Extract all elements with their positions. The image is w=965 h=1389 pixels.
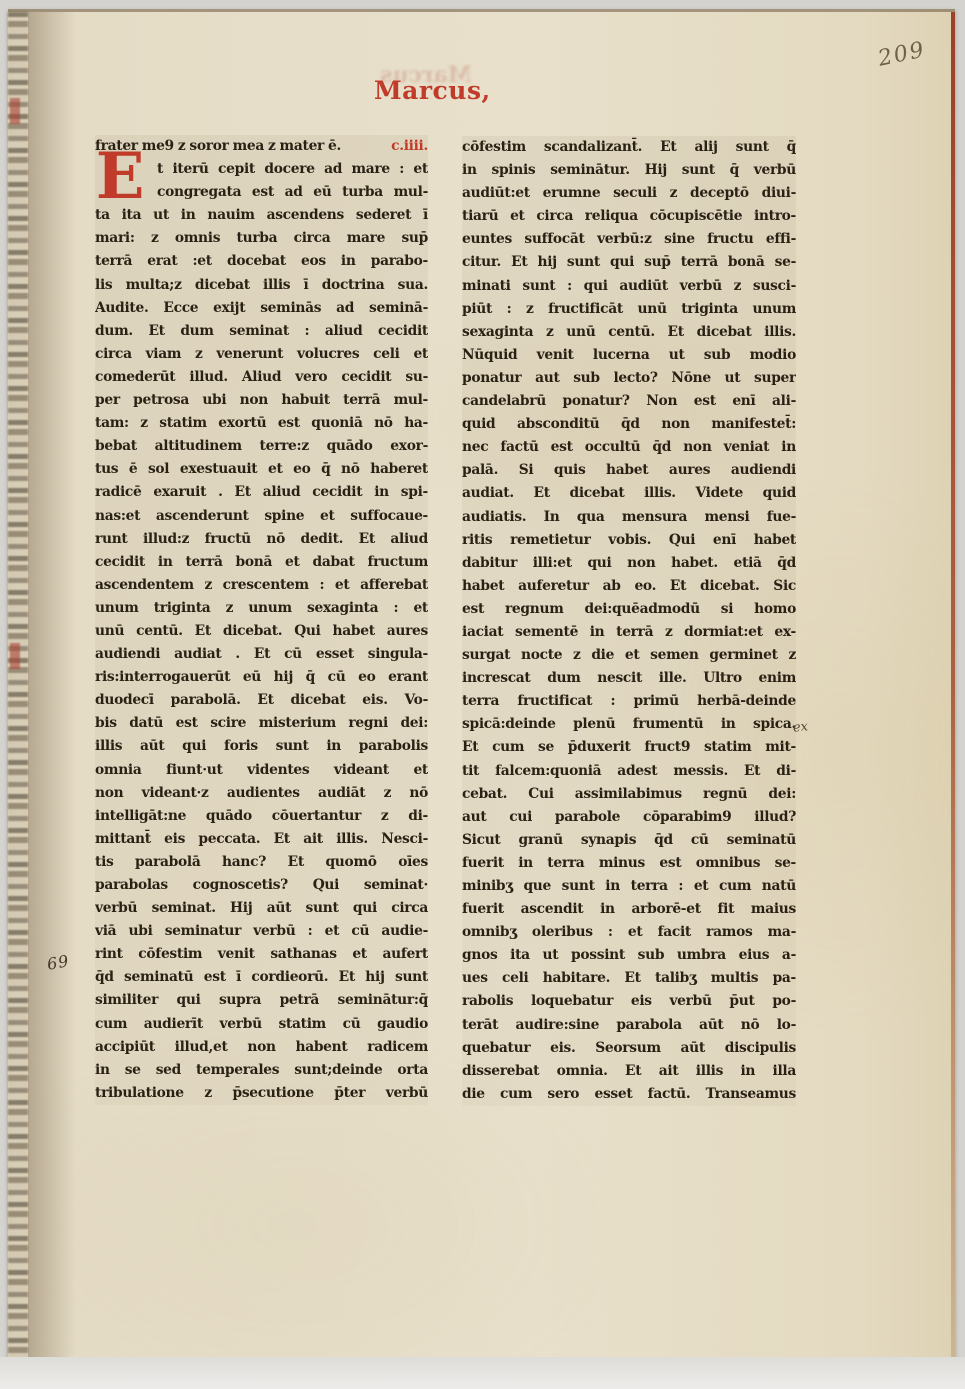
gutter-page-edges: [8, 12, 28, 1360]
right-column: cōfestim scandalizant̄. Et alij sunt q̄i…: [462, 136, 796, 1106]
text-line: palā. Si quis habet aures audiendi: [462, 459, 796, 482]
text-line: accipiūt illud,et non habent radicem: [95, 1036, 428, 1059]
text-line: duodecī parabolā. Et dicebat eis. Vo-: [95, 689, 428, 712]
text-line: ues celi habitare. Et talibʒ multis pa-: [462, 967, 796, 990]
text-line: candelabrū ponatur? Non est enī ali-: [462, 390, 796, 413]
text-line: Sicut granū synapis q̄d cū seminatū: [462, 829, 796, 852]
text-line: dum. Et dum seminat : aliud cecidit: [95, 320, 428, 343]
text-line: surgat nocte z die et semen germinet z: [462, 644, 796, 667]
text-line: ascendentem z crescentem : et afferebat: [95, 574, 428, 597]
text-line: audiendi audiat . Et cū esset singula-: [95, 643, 428, 666]
text-line: similiter qui supra petrā seminātur:q̄: [95, 989, 428, 1012]
text-line: minibʒ que sunt in terra : et cum natū: [462, 875, 796, 898]
text-line: piūt : z fructificāt unū triginta unum: [462, 298, 796, 321]
text-line: gnos ita ut possint sub umbra eius a-: [462, 944, 796, 967]
text-line: in spinis seminātur. Hij sunt q̄ verbū: [462, 159, 796, 182]
text-line: nec factū est occultū q̄d non veniat in: [462, 436, 796, 459]
text-line: terāt audire:sine parabola aūt nō lo-: [462, 1014, 796, 1037]
text-line: rabolis loquebatur eis verbū p̄ut po-: [462, 990, 796, 1013]
text-line: runt illud:z fructū nō dedit. Et aliud: [95, 528, 428, 551]
text-line: mittant̄ eis peccata. Et ait illis. Nesc…: [95, 828, 428, 851]
text-line: ris:interrogauerūt eū hij q̄ cū eo erant: [95, 666, 428, 689]
folio-number: 209: [876, 37, 928, 71]
text-line: radicē exaruit . Et aliud cecidit in spi…: [95, 481, 428, 504]
gutter-rubric-mark: [10, 98, 20, 124]
running-title: Marcus,: [374, 76, 491, 105]
text-line: terra fructificat : primū herbā-deinde: [462, 690, 796, 713]
text-line: Et cum se p̄duxerit fruct9 statim mit-: [462, 736, 796, 759]
text-line: euntes suffocāt verbū:z sine fructu effi…: [462, 228, 796, 251]
background-surface: [0, 1357, 965, 1389]
text-line: aut cui parabole cōparabim9 illud?: [462, 806, 796, 829]
page-fore-edge: [951, 12, 955, 1360]
text-line: increscat dum nescit ille. Ultro enim: [462, 667, 796, 690]
text-line: ritis remetietur vobis. Qui enī habet: [462, 529, 796, 552]
margin-note-right: ex: [792, 719, 809, 735]
text-line: cebat. Cui assimilabimus regnū dei:: [462, 783, 796, 806]
text-line: viā ubi seminatur verbū : et cū audie-: [95, 920, 428, 943]
text-line: non videant·z audientes audiāt z nō: [95, 782, 428, 805]
margin-note-left: 69: [46, 951, 71, 974]
text-line: unum triginta z unum sexaginta : et: [95, 597, 428, 620]
left-column-lines: t iterū cepit docere ad mare : etcongreg…: [95, 158, 428, 1105]
text-line: minati sunt : qui audiūt verbū z susci-: [462, 275, 796, 298]
text-line: audiat. Et dicebat illis. Videte quid: [462, 482, 796, 505]
text-line: die cum sero esset factū. Transeamus: [462, 1083, 796, 1106]
text-line: tis parabolā hanc? Et quomō oīes: [95, 851, 428, 874]
gutter-shadow: [28, 12, 76, 1360]
left-column: frater me9 z soror mea z mater ē. c.iiii…: [95, 135, 428, 1105]
text-line: per petrosa ubi non habuit terrā mul-: [95, 389, 428, 412]
text-line: Audite. Ecce exijt seminās ad seminā-: [95, 297, 428, 320]
page: Marcus Marcus, 209 frater me9 z soror me…: [8, 9, 955, 1363]
text-line: tiarū et circa reliqua cōcupiscētie intr…: [462, 205, 796, 228]
text-line: Nūquid venit lucerna ut sub modio: [462, 344, 796, 367]
text-line: tribulatione z p̄secutione p̄ter verbū: [95, 1082, 428, 1105]
text-line: terrā erat :et docebat eos in parabo-: [95, 250, 428, 273]
text-line: circa viam z venerunt volucres celi et: [95, 343, 428, 366]
text-line: verbū seminat. Hij aūt sunt qui circa: [95, 897, 428, 920]
text-line: omnia fiunt·ut videntes videant et: [95, 759, 428, 782]
chapter-marker: c.iiii.: [391, 135, 428, 158]
text-line: bebat altitudinem terre:z quādo exor-: [95, 435, 428, 458]
text-line: audiūt:et erumne seculi z deceptō diui-: [462, 182, 796, 205]
text-line: dabitur illi:et qui non habet. etiā q̄d: [462, 552, 796, 575]
text-line: intelligāt:ne quādo cōuertantur z di-: [95, 805, 428, 828]
text-line: omnibʒ oleribus : et facit ramos ma-: [462, 921, 796, 944]
text-line: illis aūt qui foris sunt in parabolis: [95, 735, 428, 758]
text-line: quid absconditū q̄d non manifestet̄:: [462, 413, 796, 436]
text-line: rint cōfestim venit sathanas et aufert: [95, 943, 428, 966]
text-line: cōfestim scandalizant̄. Et alij sunt q̄: [462, 136, 796, 159]
text-line: in se sed temperales sunt;deinde orta: [95, 1059, 428, 1082]
text-line: fuerit ascendit in arborē-et fit maius: [462, 898, 796, 921]
text-line: parabolas cognoscetis? Qui seminat·: [95, 874, 428, 897]
gutter-rubric-mark: [10, 643, 20, 669]
text-line: nas:et ascenderunt spine et suffocaue-: [95, 505, 428, 528]
text-line: sexaginta z unū centū. Et dicebat illis.: [462, 321, 796, 344]
right-column-lines: cōfestim scandalizant̄. Et alij sunt q̄i…: [462, 136, 796, 1106]
text-line: quebatur eis. Seorsum aūt discipulis: [462, 1037, 796, 1060]
text-line: comederūt illud. Aliud vero cecidit su-: [95, 366, 428, 389]
text-line: est regnum dei:quēadmodū si homo: [462, 598, 796, 621]
text-line: disserebat omnia. Et ait illis in illa: [462, 1060, 796, 1083]
text-line: cum audierīt verbū statim cū gaudio: [95, 1013, 428, 1036]
text-line: ponatur aut sub lecto? Nōne ut super: [462, 367, 796, 390]
text-line: cecidit in terrā bonā et dabat fructum: [95, 551, 428, 574]
text-line: ta ita ut in nauim ascendens sederet ī: [95, 204, 428, 227]
text-line: lis multa;z dicebat illis ī doctrina sua…: [95, 274, 428, 297]
text-line: q̄d seminatū est ī cordieorū. Et hij sun…: [95, 966, 428, 989]
text-line: habet auferetur ab eo. Et dicebat. Sic: [462, 575, 796, 598]
text-line: iaciat sementē in terrā z dormiat:et ex-: [462, 621, 796, 644]
text-line: mari: z omnis turba circa mare sup̄: [95, 227, 428, 250]
drop-cap-initial: E: [91, 152, 149, 202]
text-line: tus ē sol exestuauit et eo q̄ nō haberet: [95, 458, 428, 481]
text-line: spicā:deinde plenū frumentū in spica.: [462, 713, 796, 736]
text-line: citur. Et hij sunt qui sup̄ terrā bonā s…: [462, 251, 796, 274]
text-line: tit falcem:quoniā adest messis. Et di-: [462, 760, 796, 783]
text-line: audiatis. In qua mensura mensi fue-: [462, 506, 796, 529]
text-line: tam: z statim exortū est quoniā nō ha-: [95, 412, 428, 435]
text-line: bis datū est scire misterium regni dei:: [95, 712, 428, 735]
text-line: unū centū. Et dicebat. Qui habet aures: [95, 620, 428, 643]
text-line: fuerit in terra minus est omnibus se-: [462, 852, 796, 875]
